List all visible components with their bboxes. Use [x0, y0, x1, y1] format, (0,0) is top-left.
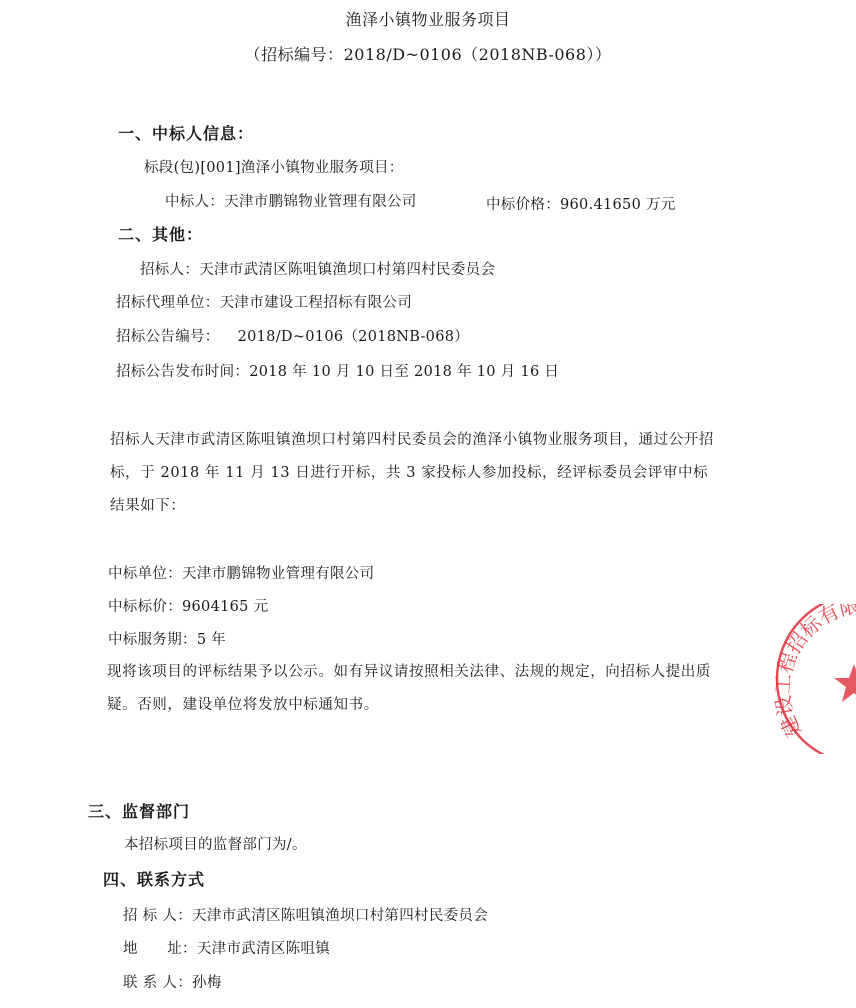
- winner-label: 中标人：: [165, 194, 224, 210]
- result-label: 中标标价：: [108, 599, 182, 615]
- notice-paragraph: 现将该项目的评标结果予以公示。如有异议请按照相关法律、法规的规定，向招标人提出质…: [107, 656, 719, 722]
- section-heading-contact: 四、联系方式: [103, 870, 205, 890]
- winner-row: 中标人：天津市鹏锦物业管理有限公司: [165, 193, 417, 211]
- info-label: 招标人：: [140, 262, 199, 278]
- info-row-agency: 招标代理单位：天津市建设工程招标有限公司: [116, 294, 412, 312]
- official-seal-icon: 建设工程招标有限公司: [762, 604, 856, 754]
- contact-label: 招 标 人：: [123, 908, 192, 924]
- section-heading-other: 二、其他：: [118, 225, 203, 245]
- section-heading-winner-info: 一、中标人信息：: [118, 124, 254, 144]
- result-value: 天津市鹏锦物业管理有限公司: [182, 566, 374, 582]
- contact-label: 地 址：: [123, 941, 197, 957]
- info-row-publish-time: 招标公告发布时间：2018 年 10 月 10 日至 2018 年 10 月 1…: [116, 363, 559, 381]
- result-row-period: 中标服务期：5 年: [108, 631, 226, 649]
- supervision-text: 本招标项目的监督部门为/。: [124, 836, 307, 854]
- section-heading-supervision: 三、监督部门: [88, 802, 190, 822]
- result-row-price: 中标标价：9604165 元: [108, 598, 268, 616]
- result-row-unit: 中标单位：天津市鹏锦物业管理有限公司: [108, 565, 374, 583]
- contact-row-tenderer: 招 标 人：天津市武清区陈咀镇渔坝口村第四村民委员会: [123, 907, 488, 925]
- contact-value: 天津市武清区陈咀镇: [197, 941, 330, 957]
- result-label: 中标服务期：: [108, 632, 197, 648]
- info-label: 招标公告发布时间：: [116, 364, 249, 380]
- contact-value: 天津市武清区陈咀镇渔坝口村第四村民委员会: [192, 908, 488, 924]
- info-value: 天津市武清区陈咀镇渔坝口村第四村民委员会: [199, 262, 495, 278]
- contact-row-address: 地 址：天津市武清区陈咀镇: [123, 940, 330, 958]
- price-row: 中标价格：960.41650 万元: [486, 196, 676, 214]
- lot-line: 标段(包)[001]渔泽小镇物业服务项目：: [144, 159, 404, 177]
- info-value: 天津市建设工程招标有限公司: [220, 295, 412, 311]
- result-value: 5 年: [197, 632, 226, 648]
- info-row-notice-number: 招标公告编号：2018/D~0106（2018NB-068）: [116, 328, 469, 346]
- result-label: 中标单位：: [108, 566, 182, 582]
- info-label: 招标公告编号：: [116, 329, 220, 345]
- info-row-tenderer: 招标人：天津市武清区陈咀镇渔坝口村第四村民委员会: [140, 261, 495, 279]
- summary-paragraph: 招标人天津市武清区陈咀镇渔坝口村第四村民委员会的渔泽小镇物业服务项目，通过公开招…: [110, 424, 722, 523]
- result-value: 9604165 元: [182, 599, 268, 615]
- document-subtitle: （招标编号：2018/D~0106（2018NB-068））: [0, 45, 856, 65]
- document-title: 渔泽小镇物业服务项目: [0, 10, 856, 30]
- price-value: 960.41650 万元: [560, 197, 676, 213]
- winner-value: 天津市鹏锦物业管理有限公司: [224, 194, 416, 210]
- contact-label: 联 系 人：: [123, 975, 192, 991]
- price-label: 中标价格：: [486, 197, 560, 213]
- info-value: 2018/D~0106（2018NB-068）: [238, 329, 469, 345]
- contact-row-person: 联 系 人：孙梅: [123, 974, 222, 992]
- contact-value: 孙梅: [192, 975, 222, 991]
- info-value: 2018 年 10 月 10 日至 2018 年 10 月 16 日: [249, 364, 559, 380]
- info-label: 招标代理单位：: [116, 295, 220, 311]
